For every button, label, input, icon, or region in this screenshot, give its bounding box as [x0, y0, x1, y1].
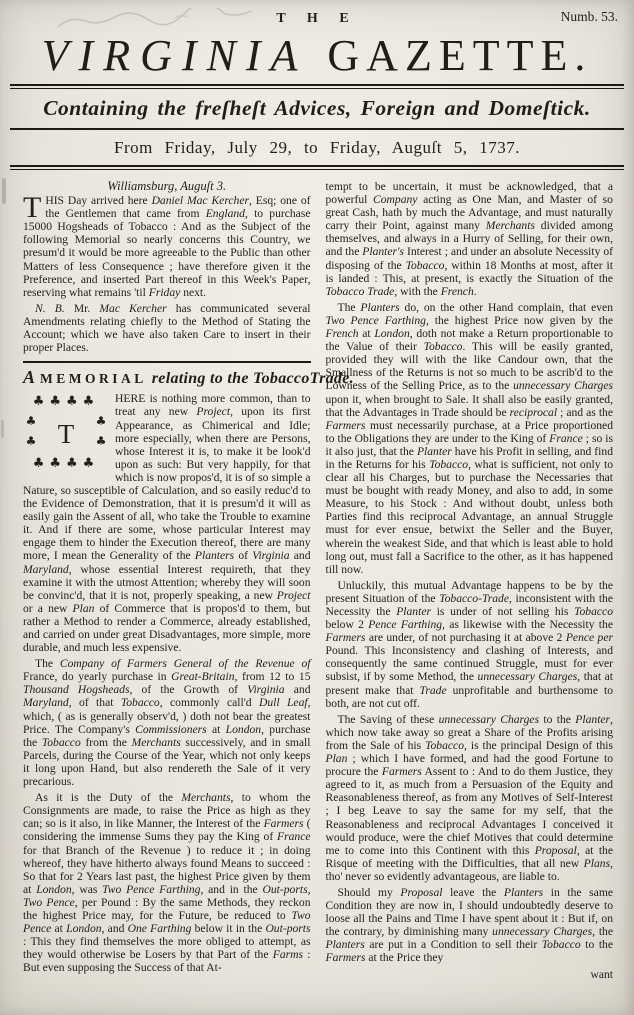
issue-date-range: From Friday, July 29, to Friday, Auguſt …: [0, 138, 634, 158]
paragraph-saving: The Saving of these unnecessary Charges …: [326, 713, 614, 883]
paragraph-planters: The Planters do, on the other Hand compl…: [326, 301, 614, 576]
fleuron-ornament: ♣♣♣♣: [23, 456, 109, 474]
paragraph-memorial-opening: ♣♣♣♣ ♣♣ T ♣♣ ♣♣♣♣ HERE is nothing more c…: [23, 392, 311, 654]
paragraph-unluckily: Unluckily, this mutual Advantage happens…: [326, 579, 614, 710]
paragraph-tempt: tempt to be uncertain, it must be acknow…: [326, 180, 614, 298]
title-word-gazette: GAZETTE.: [327, 30, 592, 81]
right-column: tempt to be uncertain, it must be acknow…: [326, 180, 614, 984]
fleuron-ornament: ♣♣: [23, 412, 39, 456]
masthead-motto: Containing the freſheſt Advices, Foreign…: [0, 96, 634, 121]
drop-cap: T: [23, 194, 45, 220]
fleuron-ornament: ♣♣: [93, 412, 109, 456]
newspaper-page: T H E Numb. 53. VIRGINIA GAZETTE. Contai…: [0, 0, 634, 1015]
motto-divider: [10, 128, 624, 130]
memorial-heading-prefix: A: [23, 371, 35, 384]
issue-number: Numb. 53.: [561, 9, 618, 25]
left-column: Williamsburg, Auguſt 3. THIS Day arrived…: [23, 180, 311, 984]
paragraph-nb: N. B. Mr. Mac Kercher has communicated s…: [23, 302, 311, 354]
scan-artifact: [2, 178, 6, 204]
local-dateline: Williamsburg, Auguſt 3.: [23, 180, 311, 193]
paragraph-duty: As it is the Duty of the Merchants, to w…: [23, 791, 311, 974]
scan-artifact: [1, 420, 4, 438]
woodcut-initial: ♣♣♣♣ ♣♣ T ♣♣ ♣♣♣♣: [23, 394, 109, 474]
memorial-heading-rest: relating to the TobaccoTrade.: [152, 372, 354, 385]
masthead-divider: [10, 84, 624, 89]
masthead-the: T H E: [0, 11, 634, 27]
initial-letter: T: [39, 412, 93, 456]
memorial-heading: A Memorial relating to the TobaccoTrade.: [23, 371, 311, 385]
fleuron-ornament: ♣♣♣♣: [23, 394, 109, 412]
paragraph-should: Should my Proposal leave the Planters in…: [326, 886, 614, 965]
dateline-divider: [10, 165, 624, 170]
body-columns: Williamsburg, Auguſt 3. THIS Day arrived…: [0, 172, 634, 984]
masthead: T H E Numb. 53. VIRGINIA GAZETTE. Contai…: [0, 0, 634, 170]
catchword: want: [326, 968, 614, 981]
memorial-heading-caps: Memorial: [40, 372, 147, 385]
paragraph-arrival: THIS Day arrived here Daniel Mac Kercher…: [23, 194, 311, 299]
paragraph-company: The Company of Farmers General of the Re…: [23, 657, 311, 788]
section-divider: [23, 361, 311, 363]
paragraph-arrival-text: HIS Day arrived here Daniel Mac Kercher,…: [23, 194, 311, 299]
